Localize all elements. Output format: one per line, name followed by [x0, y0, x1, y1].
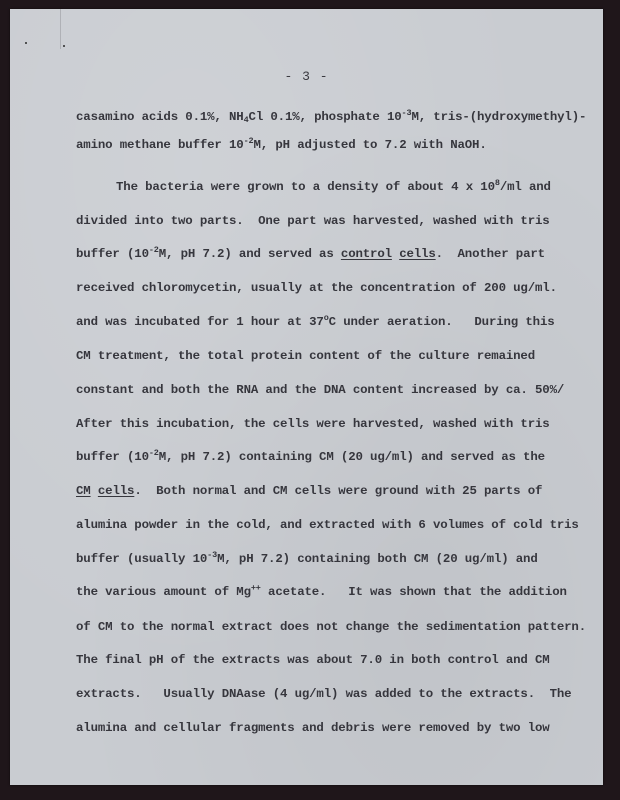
text-segment: The final pH of the extracts was about 7… [76, 653, 550, 667]
text-segment: and was incubated for 1 hour at 37 [76, 315, 324, 329]
page-number: - 3 - [10, 69, 603, 84]
typewritten-page: - 3 - casamino acids 0.1%, NH4Cl 0.1%, p… [10, 9, 603, 785]
underlined-term: cells [98, 484, 134, 498]
text-line: buffer (10-2M, pH 7.2) and served as con… [76, 247, 545, 261]
text-segment: Cl 0.1%, phosphate 10 [249, 110, 402, 124]
superscript: -2 [244, 136, 254, 146]
text-line: constant and both the RNA and the DNA co… [76, 383, 564, 397]
text-line: CM treatment, the total protein content … [76, 349, 535, 363]
superscript: ++ [251, 583, 261, 593]
text-line: The final pH of the extracts was about 7… [76, 653, 550, 667]
superscript: -2 [149, 448, 159, 458]
text-segment: /ml and [500, 180, 551, 194]
text-segment: casamino acids 0.1%, NH [76, 110, 244, 124]
text-segment: buffer (10 [76, 450, 149, 464]
paper-crease [60, 9, 61, 49]
text-line: casamino acids 0.1%, NH4Cl 0.1%, phospha… [76, 110, 586, 124]
text-segment: M, pH 7.2) containing CM (20 ug/ml) and … [159, 450, 545, 464]
text-line: buffer (10-2M, pH 7.2) containing CM (20… [76, 450, 545, 464]
text-line: divided into two parts. One part was har… [76, 214, 550, 228]
text-line: buffer (usually 10-3M, pH 7.2) containin… [76, 552, 538, 566]
text-segment: extracts. Usually DNAase (4 ug/ml) was a… [76, 687, 571, 701]
superscript: -3 [207, 550, 217, 560]
underlined-term: control [341, 247, 392, 261]
text-segment: M, pH 7.2) containing both CM (20 ug/ml)… [217, 552, 538, 566]
text-segment [91, 484, 98, 498]
text-segment: alumina and cellular fragments and debri… [76, 721, 550, 735]
text-line: amino methane buffer 10-2M, pH adjusted … [76, 138, 487, 152]
superscript: -2 [149, 245, 159, 255]
text-segment: C under aeration. During this [329, 315, 555, 329]
paper-speck [25, 42, 27, 44]
text-segment: The bacteria were grown to a density of … [116, 180, 495, 194]
text-segment: divided into two parts. One part was har… [76, 214, 550, 228]
text-line: extracts. Usually DNAase (4 ug/ml) was a… [76, 687, 571, 701]
text-segment: amino methane buffer 10 [76, 138, 244, 152]
text-segment: alumina powder in the cold, and extracte… [76, 518, 579, 532]
text-segment: . Another part [436, 247, 545, 261]
underlined-term: CM [76, 484, 91, 498]
text-line: received chloromycetin, usually at the c… [76, 281, 557, 295]
text-line: CM cells. Both normal and CM cells were … [76, 484, 542, 498]
text-line: of CM to the normal extract does not cha… [76, 620, 586, 634]
text-segment: M, tris-(hydroxymethyl)- [411, 110, 586, 124]
text-segment: constant and both the RNA and the DNA co… [76, 383, 564, 397]
text-segment: . Both normal and CM cells were ground w… [134, 484, 542, 498]
text-line: and was incubated for 1 hour at 37oC und… [76, 315, 555, 329]
text-line: The bacteria were grown to a density of … [116, 180, 551, 194]
text-segment: M, pH adjusted to 7.2 with NaOH. [253, 138, 486, 152]
text-segment: of CM to the normal extract does not cha… [76, 620, 586, 634]
text-segment: acetate. It was shown that the addition [261, 585, 567, 599]
text-segment: After this incubation, the cells were ha… [76, 417, 550, 431]
text-line: alumina and cellular fragments and debri… [76, 721, 550, 735]
underlined-term: cells [399, 247, 435, 261]
text-line: alumina powder in the cold, and extracte… [76, 518, 579, 532]
text-segment: the various amount of Mg [76, 585, 251, 599]
text-segment: buffer (usually 10 [76, 552, 207, 566]
paper-speck [63, 45, 65, 47]
text-segment: CM treatment, the total protein content … [76, 349, 535, 363]
text-segment: buffer (10 [76, 247, 149, 261]
text-segment: received chloromycetin, usually at the c… [76, 281, 557, 295]
text-segment: M, pH 7.2) and served as [159, 247, 341, 261]
text-line: After this incubation, the cells were ha… [76, 417, 550, 431]
text-line: the various amount of Mg++ acetate. It w… [76, 585, 567, 599]
superscript: -3 [402, 108, 412, 118]
